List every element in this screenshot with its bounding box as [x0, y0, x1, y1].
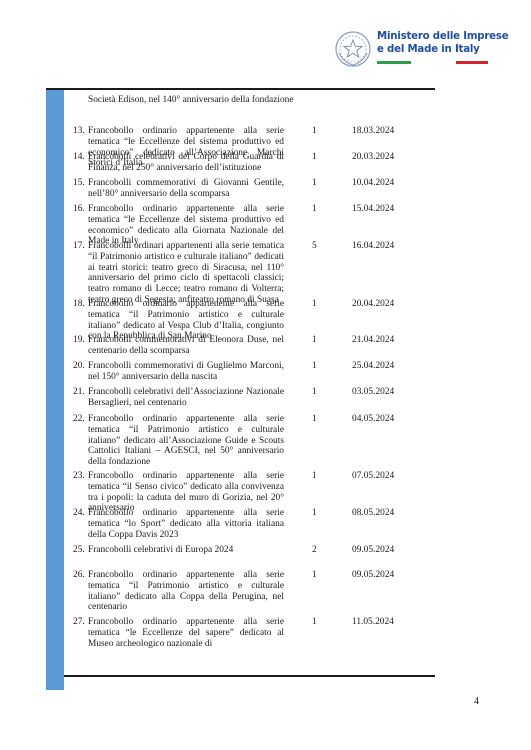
row-quantity: 5: [312, 241, 324, 252]
row-quantity: 1: [312, 126, 324, 137]
row-date: 07.05.2024: [352, 471, 422, 482]
italian-republic-emblem-icon: [333, 29, 373, 69]
row-quantity: 1: [312, 152, 324, 163]
row-description: Francobolli celebrativi dell’Associazion…: [88, 387, 284, 409]
row-date: 09.05.2024: [352, 570, 422, 581]
row-description: Francobolli celebrativi di Europa 2024: [88, 545, 284, 556]
row-quantity: 1: [312, 570, 324, 581]
ministry-name-line2: e del Made in Italy: [377, 43, 508, 56]
row-date: 20.03.2024: [352, 152, 422, 163]
row-quantity: 1: [312, 387, 324, 398]
row-description: Francobollo ordinario appartenente alla …: [88, 570, 284, 613]
row-quantity: 1: [312, 178, 324, 189]
row-quantity: 1: [312, 414, 324, 425]
row-date: 16.04.2024: [352, 241, 422, 252]
row-date: 20.04.2024: [352, 299, 422, 310]
row-description: Francobollo ordinario appartenente alla …: [88, 617, 284, 649]
row-quantity: 1: [312, 617, 324, 628]
row-quantity: 2: [312, 545, 324, 556]
row-quantity: 1: [312, 335, 324, 346]
row-description: Francobolli commemorativi di Guglielmo M…: [88, 361, 284, 383]
row-date: 11.05.2024: [352, 617, 422, 628]
flag-green-stripe: [377, 61, 411, 64]
row-description: Società Edison, nel 140° anniversario de…: [88, 95, 388, 106]
row-date: 09.05.2024: [352, 545, 422, 556]
row-date: 15.04.2024: [352, 204, 422, 215]
row-date: 04.05.2024: [352, 414, 422, 425]
row-quantity: 1: [312, 299, 324, 310]
table-bottom-rule: [64, 675, 435, 677]
row-date: 18.03.2024: [352, 126, 422, 137]
row-description: Francobollo ordinario appartenente alla …: [88, 508, 284, 540]
page-number: 4: [474, 696, 479, 707]
row-description: Francobollo ordinario appartenente alla …: [88, 414, 284, 468]
table-top-rule: [46, 88, 435, 90]
row-date: 25.04.2024: [352, 361, 422, 372]
ministry-name: Ministero delle Imprese e del Made in It…: [377, 30, 508, 56]
row-description: Francobolli ordinari appartenenti alla s…: [88, 241, 284, 306]
row-date: 21.04.2024: [352, 335, 422, 346]
flag-red-stripe: [456, 61, 488, 64]
table-left-accent-bar: [46, 89, 64, 690]
ministry-name-line1: Ministero delle Imprese: [377, 30, 508, 43]
row-quantity: 1: [312, 361, 324, 372]
row-quantity: 1: [312, 508, 324, 519]
row-date: 03.05.2024: [352, 387, 422, 398]
row-date: 10.04.2024: [352, 178, 422, 189]
row-date: 08.05.2024: [352, 508, 422, 519]
row-quantity: 1: [312, 204, 324, 215]
row-description: Francobolli commemorativi di Eleonora Du…: [88, 335, 284, 357]
row-description: Francobolli celebrativi del Corpo della …: [88, 152, 284, 174]
row-quantity: 1: [312, 471, 324, 482]
ministry-logo: Ministero delle Imprese e del Made in It…: [333, 27, 503, 71]
row-description: Francobolli commemorativi di Giovanni Ge…: [88, 178, 284, 200]
